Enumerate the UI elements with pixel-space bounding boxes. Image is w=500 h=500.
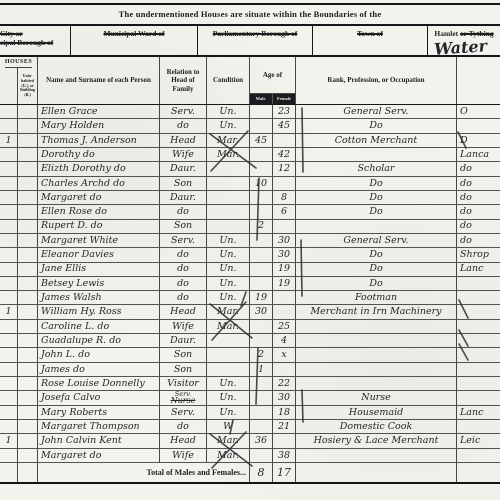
cell-born: Lanca <box>457 148 500 161</box>
cell-house-uninhabited <box>18 363 38 376</box>
houses-group-label: HOUSES <box>5 57 32 68</box>
cell-name: Eleanor Davies <box>38 248 160 261</box>
cell-house-uninhabited <box>18 248 38 261</box>
total-occupation-cell <box>296 463 457 482</box>
cell-age-male <box>250 277 273 290</box>
cell-relation: Son <box>160 363 207 376</box>
cell-relation: Son <box>160 220 207 233</box>
cell-age-male: 30 <box>250 305 273 318</box>
census-row: Margaret doDaur.8Dodo <box>0 191 500 205</box>
cell-relation: Daur. <box>160 191 207 204</box>
cell-name: Jane Ellis <box>38 263 160 276</box>
total-males: 8 <box>250 463 273 482</box>
cell-house-inhabited <box>0 234 18 247</box>
cell-age-female <box>273 291 296 304</box>
cell-occupation <box>296 449 457 462</box>
cell-condition <box>207 177 250 190</box>
cell-age-female <box>273 134 296 147</box>
cell-occupation <box>296 148 457 161</box>
cell-born: Lanc <box>457 406 500 419</box>
cell-age-male <box>250 162 273 175</box>
header-box-label: Town of <box>357 29 383 38</box>
cell-relation: do <box>160 205 207 218</box>
cell-house-uninhabited <box>18 320 38 333</box>
cell-age-male <box>250 391 273 404</box>
census-row: Margaret doWifeMar.38 <box>0 449 500 463</box>
cell-house-inhabited <box>0 148 18 161</box>
cell-occupation: Domestic Cook <box>296 420 457 433</box>
census-row: Mary HoldendoUn.45Do <box>0 119 500 133</box>
cell-house-uninhabited <box>18 420 38 433</box>
cell-born: do <box>457 205 500 218</box>
census-row: Dorothy doWifeMar.42Lanca <box>0 148 500 162</box>
cell-house-inhabited <box>0 363 18 376</box>
header-box-label: City or <box>0 29 23 38</box>
cell-occupation <box>296 320 457 333</box>
cell-house-inhabited <box>0 205 18 218</box>
cell-house-inhabited: 1 <box>0 134 18 147</box>
total-label: Total of Males and Females... <box>38 463 250 482</box>
age-female-subheader: Female <box>273 94 296 104</box>
cell-relation: Head <box>160 305 207 318</box>
cell-occupation: Footman <box>296 291 457 304</box>
cell-house-inhabited <box>0 263 18 276</box>
cell-age-male <box>250 449 273 462</box>
census-row: Eleanor DaviesdoUn.30DoShrop <box>0 248 500 262</box>
census-row: Rupert D. doSon2do <box>0 220 500 234</box>
page-title: The undermentioned Houses are situate wi… <box>0 9 500 19</box>
cell-born: Leic <box>457 434 500 447</box>
cell-occupation: Do <box>296 263 457 276</box>
cell-condition: Mar. <box>207 449 250 462</box>
cell-condition: Mar. <box>207 320 250 333</box>
cell-name: Ellen Rose do <box>38 205 160 218</box>
cell-house-uninhabited <box>18 406 38 419</box>
header-box-label: cipal Borough of <box>0 38 53 47</box>
cell-condition <box>207 205 250 218</box>
cell-age-female: 45 <box>273 119 296 132</box>
cell-name: William Hy. Ross <box>38 305 160 318</box>
cell-house-uninhabited <box>18 391 38 404</box>
cell-house-inhabited <box>0 248 18 261</box>
cell-age-male <box>250 234 273 247</box>
census-row: James doSon1 <box>0 363 500 377</box>
cell-house-inhabited: 1 <box>0 434 18 447</box>
column-header-relation: Relation to Head of Family <box>160 57 207 104</box>
census-row: Jane EllisdoUn.19DoLanc <box>0 263 500 277</box>
cell-relation: Visitor <box>160 377 207 390</box>
cell-age-female: 19 <box>273 263 296 276</box>
census-row: 1William Hy. RossHeadMar.30Merchant in I… <box>0 305 500 319</box>
cell-born <box>457 420 500 433</box>
cell-condition: Mar. <box>207 434 250 447</box>
cell-born: Lanc <box>457 263 500 276</box>
cell-house-inhabited <box>0 320 18 333</box>
cell-born <box>457 277 500 290</box>
cell-born <box>457 305 500 318</box>
cell-occupation: Do <box>296 191 457 204</box>
census-rows: Ellen GraceServ.Un.23General Serv.OMary … <box>0 105 500 463</box>
header-box-city-borough: City or cipal Borough of <box>0 26 70 55</box>
cell-age-male <box>250 263 273 276</box>
cell-relation: Wife <box>160 320 207 333</box>
cell-name: Rupert D. do <box>38 220 160 233</box>
cell-condition: Un. <box>207 119 250 132</box>
cell-occupation: Cotton Merchant <box>296 134 457 147</box>
cell-age-female: 12 <box>273 162 296 175</box>
cell-house-uninhabited <box>18 277 38 290</box>
cell-age-male <box>250 119 273 132</box>
cell-age-female <box>273 363 296 376</box>
cell-relation: Wife <box>160 449 207 462</box>
cell-born: O <box>457 105 500 118</box>
cell-relation: Serv. <box>160 406 207 419</box>
cell-born <box>457 320 500 333</box>
cell-house-uninhabited <box>18 377 38 390</box>
cell-age-female <box>273 177 296 190</box>
census-row: 1John Calvin KentHeadMar.36Hosiery & Lac… <box>0 434 500 448</box>
cell-house-uninhabited <box>18 134 38 147</box>
cell-born <box>457 449 500 462</box>
total-born-cell <box>457 463 500 482</box>
cell-house-inhabited <box>0 406 18 419</box>
cell-age-male <box>250 406 273 419</box>
cell-age-female: 8 <box>273 191 296 204</box>
total-house-cell <box>0 463 18 482</box>
total-females: 17 <box>273 463 296 482</box>
cell-condition <box>207 191 250 204</box>
census-row: 1Thomas J. AndersonHeadMar.45Cotton Merc… <box>0 134 500 148</box>
cell-age-female: 18 <box>273 406 296 419</box>
cell-condition: Un. <box>207 406 250 419</box>
cell-house-uninhabited <box>18 148 38 161</box>
cell-house-uninhabited <box>18 234 38 247</box>
header-box-municipal-ward: Municipal Ward of <box>70 26 197 55</box>
cell-name: Margaret do <box>38 191 160 204</box>
cell-name: Margaret Thompson <box>38 420 160 433</box>
census-row: Betsey LewisdoUn.19Do <box>0 277 500 291</box>
cell-relation: do <box>160 277 207 290</box>
cell-condition: Un. <box>207 377 250 390</box>
cell-name: Dorothy do <box>38 148 160 161</box>
age-male-subheader: Male <box>250 94 273 104</box>
cell-house-inhabited <box>0 449 18 462</box>
column-header-condition: Condition <box>207 57 250 104</box>
column-header-where-born <box>457 57 500 104</box>
cell-age-female: 19 <box>273 277 296 290</box>
cell-house-uninhabited <box>18 291 38 304</box>
cell-relation: Wife <box>160 148 207 161</box>
cell-condition: Mar. <box>207 134 250 147</box>
cell-house-inhabited <box>0 377 18 390</box>
cell-relation: Serv. <box>160 234 207 247</box>
cell-relation: do <box>160 119 207 132</box>
cell-relation: Serv.Nurse <box>160 391 207 404</box>
cell-condition <box>207 162 250 175</box>
census-document-page: The undermentioned Houses are situate wi… <box>0 0 500 500</box>
cell-age-male <box>250 320 273 333</box>
cell-relation: do <box>160 263 207 276</box>
column-header-row: HOUSES Unin-habited (U.), or Building (B… <box>0 57 500 105</box>
cell-age-male: 19 <box>250 291 273 304</box>
cell-occupation <box>296 348 457 361</box>
cell-condition: W <box>207 420 250 433</box>
cell-condition <box>207 334 250 347</box>
cell-occupation <box>296 334 457 347</box>
header-box-town: Town of <box>312 26 427 55</box>
age-group-label: Age of <box>263 57 282 93</box>
cell-age-male <box>250 334 273 347</box>
census-row: Ellen GraceServ.Un.23General Serv.O <box>0 105 500 119</box>
cell-name: Betsey Lewis <box>38 277 160 290</box>
header-box-hamlet: Hamlet or Tything Water <box>427 26 500 55</box>
census-row: James WalshdoUn.19Footman <box>0 291 500 305</box>
houses-uninhabited-subheader: Unin-habited (U.), or Building (B.) <box>18 68 38 104</box>
cell-house-uninhabited <box>18 449 38 462</box>
cell-name: Margaret White <box>38 234 160 247</box>
cell-age-male: 36 <box>250 434 273 447</box>
cell-occupation <box>296 377 457 390</box>
cell-born: D <box>457 134 500 147</box>
cell-name: Rose Louise Donnelly <box>38 377 160 390</box>
cell-age-female: x <box>273 348 296 361</box>
cell-born: do <box>457 234 500 247</box>
cell-name: Ellen Grace <box>38 105 160 118</box>
cell-house-inhabited <box>0 191 18 204</box>
cell-relation: Head <box>160 434 207 447</box>
cell-occupation: Housemaid <box>296 406 457 419</box>
cell-relation: Son <box>160 348 207 361</box>
cell-occupation: Scholar <box>296 162 457 175</box>
cell-house-inhabited <box>0 348 18 361</box>
cell-house-uninhabited <box>18 263 38 276</box>
cell-occupation <box>296 363 457 376</box>
cell-relation: Daur. <box>160 334 207 347</box>
cell-house-inhabited <box>0 334 18 347</box>
cell-born <box>457 348 500 361</box>
census-row: Elizth Dorothy doDaur.12Scholardo <box>0 162 500 176</box>
cell-relation: do <box>160 420 207 433</box>
cell-age-female: 25 <box>273 320 296 333</box>
cell-age-female: 21 <box>273 420 296 433</box>
cell-age-female: 30 <box>273 248 296 261</box>
cell-house-uninhabited <box>18 348 38 361</box>
cell-condition: Un. <box>207 263 250 276</box>
cell-age-female <box>273 305 296 318</box>
cell-condition: Un. <box>207 105 250 118</box>
cell-condition <box>207 363 250 376</box>
cell-born: Shrop <box>457 248 500 261</box>
cell-age-male: 45 <box>250 134 273 147</box>
cell-age-male <box>250 377 273 390</box>
cell-name: James do <box>38 363 160 376</box>
cell-house-inhabited <box>0 291 18 304</box>
cell-name: James Walsh <box>38 291 160 304</box>
cell-age-male <box>250 105 273 118</box>
cell-relation: Head <box>160 134 207 147</box>
cell-name: Thomas J. Anderson <box>38 134 160 147</box>
header-box-label: Parliamentary Borough of <box>213 29 297 38</box>
cell-age-female <box>273 434 296 447</box>
cell-occupation <box>296 220 457 233</box>
cell-age-male <box>250 148 273 161</box>
census-row: Caroline L. doWifeMar.25 <box>0 320 500 334</box>
total-row: Total of Males and Females... 8 17 <box>0 463 500 484</box>
cell-relation: do <box>160 248 207 261</box>
cell-condition: Mar. <box>207 148 250 161</box>
cell-occupation: Do <box>296 205 457 218</box>
cell-age-male: 2 <box>250 348 273 361</box>
census-row: Josefa CalvoServ.NurseUn.30Nurse <box>0 391 500 405</box>
cell-relation: Son <box>160 177 207 190</box>
header-box-label: Municipal Ward of <box>103 29 164 38</box>
cell-occupation: General Serv. <box>296 105 457 118</box>
cell-age-male: 2 <box>250 220 273 233</box>
cell-condition: Un. <box>207 391 250 404</box>
cell-age-male <box>250 205 273 218</box>
cell-born: do <box>457 177 500 190</box>
census-row: Margaret WhiteServ.Un.30General Serv.do <box>0 234 500 248</box>
cell-occupation: Merchant in Irn Machinery <box>296 305 457 318</box>
total-house-cell <box>18 463 38 482</box>
census-row: Ellen Rose dodo6Dodo <box>0 205 500 219</box>
cell-born <box>457 377 500 390</box>
cell-house-inhabited <box>0 177 18 190</box>
cell-condition <box>207 348 250 361</box>
cell-occupation: Do <box>296 277 457 290</box>
cell-house-inhabited <box>0 119 18 132</box>
cell-occupation: Do <box>296 248 457 261</box>
top-rule <box>0 3 500 5</box>
cell-condition: Mar. <box>207 305 250 318</box>
cell-house-inhabited <box>0 420 18 433</box>
cell-age-female <box>273 220 296 233</box>
census-row: Margaret ThompsondoW21Domestic Cook <box>0 420 500 434</box>
cell-name: Charles Archd do <box>38 177 160 190</box>
cell-house-uninhabited <box>18 205 38 218</box>
cell-house-inhabited <box>0 105 18 118</box>
census-row: John L. doSon2x <box>0 348 500 362</box>
cell-condition: Un. <box>207 234 250 247</box>
column-header-age: Age of Male Female <box>250 57 296 104</box>
header-box-parliamentary-borough: Parliamentary Borough of <box>197 26 312 55</box>
cell-house-uninhabited <box>18 434 38 447</box>
cell-house-inhabited <box>0 162 18 175</box>
cell-name: John Calvin Kent <box>38 434 160 447</box>
houses-inhabited-subheader <box>0 68 18 104</box>
cell-occupation: Hosiery & Lace Merchant <box>296 434 457 447</box>
census-row: Guadalupe R. doDaur.4 <box>0 334 500 348</box>
cell-house-uninhabited <box>18 305 38 318</box>
cell-born: do <box>457 162 500 175</box>
cell-house-uninhabited <box>18 220 38 233</box>
cell-house-uninhabited <box>18 177 38 190</box>
cell-name: Margaret do <box>38 449 160 462</box>
cell-name: John L. do <box>38 348 160 361</box>
cell-house-inhabited <box>0 391 18 404</box>
cell-name: Caroline L. do <box>38 320 160 333</box>
cell-age-female: 6 <box>273 205 296 218</box>
cell-house-uninhabited <box>18 105 38 118</box>
cell-age-female: 42 <box>273 148 296 161</box>
column-header-occupation: Rank, Profession, or Occupation <box>296 57 457 104</box>
cell-name: Mary Holden <box>38 119 160 132</box>
cell-occupation: Do <box>296 177 457 190</box>
cell-house-uninhabited <box>18 191 38 204</box>
cell-relation: Serv. <box>160 105 207 118</box>
cell-house-inhabited: 1 <box>0 305 18 318</box>
cell-name: Mary Roberts <box>38 406 160 419</box>
cell-condition: Un. <box>207 277 250 290</box>
cell-condition: Un. <box>207 291 250 304</box>
cell-age-male: 10 <box>250 177 273 190</box>
census-row: Mary RobertsServ.Un.18HousemaidLanc <box>0 406 500 420</box>
cell-age-female: 4 <box>273 334 296 347</box>
cell-house-inhabited <box>0 277 18 290</box>
column-header-houses: HOUSES Unin-habited (U.), or Building (B… <box>0 57 38 104</box>
cell-relation: Daur. <box>160 162 207 175</box>
cell-age-female: 38 <box>273 449 296 462</box>
cell-age-female: 30 <box>273 391 296 404</box>
cell-relation: do <box>160 291 207 304</box>
cell-born <box>457 291 500 304</box>
census-row: Rose Louise DonnellyVisitorUn.22 <box>0 377 500 391</box>
cell-name: Guadalupe R. do <box>38 334 160 347</box>
cell-name: Josefa Calvo <box>38 391 160 404</box>
cell-occupation: Nurse <box>296 391 457 404</box>
cell-age-male <box>250 191 273 204</box>
cell-age-female: 30 <box>273 234 296 247</box>
cell-age-male <box>250 420 273 433</box>
boundary-header-row: City or cipal Borough of Municipal Ward … <box>0 24 500 57</box>
cell-age-female: 23 <box>273 105 296 118</box>
cell-house-uninhabited <box>18 162 38 175</box>
census-row: Charles Archd doSon10Dodo <box>0 177 500 191</box>
cell-born: do <box>457 220 500 233</box>
cell-born <box>457 391 500 404</box>
cell-occupation: General Serv. <box>296 234 457 247</box>
cell-name: Elizth Dorothy do <box>38 162 160 175</box>
cell-house-inhabited <box>0 220 18 233</box>
cell-born: do <box>457 191 500 204</box>
cell-house-uninhabited <box>18 334 38 347</box>
cell-born <box>457 334 500 347</box>
cell-age-male: 1 <box>250 363 273 376</box>
cell-occupation: Do <box>296 119 457 132</box>
cell-age-male <box>250 248 273 261</box>
cell-born <box>457 363 500 376</box>
cell-age-female: 22 <box>273 377 296 390</box>
hamlet-handwritten-value: Water <box>433 36 487 59</box>
cell-condition <box>207 220 250 233</box>
cell-house-uninhabited <box>18 119 38 132</box>
cell-condition: Un. <box>207 248 250 261</box>
column-header-name: Name and Surname of each Person <box>38 57 160 104</box>
cell-born <box>457 119 500 132</box>
